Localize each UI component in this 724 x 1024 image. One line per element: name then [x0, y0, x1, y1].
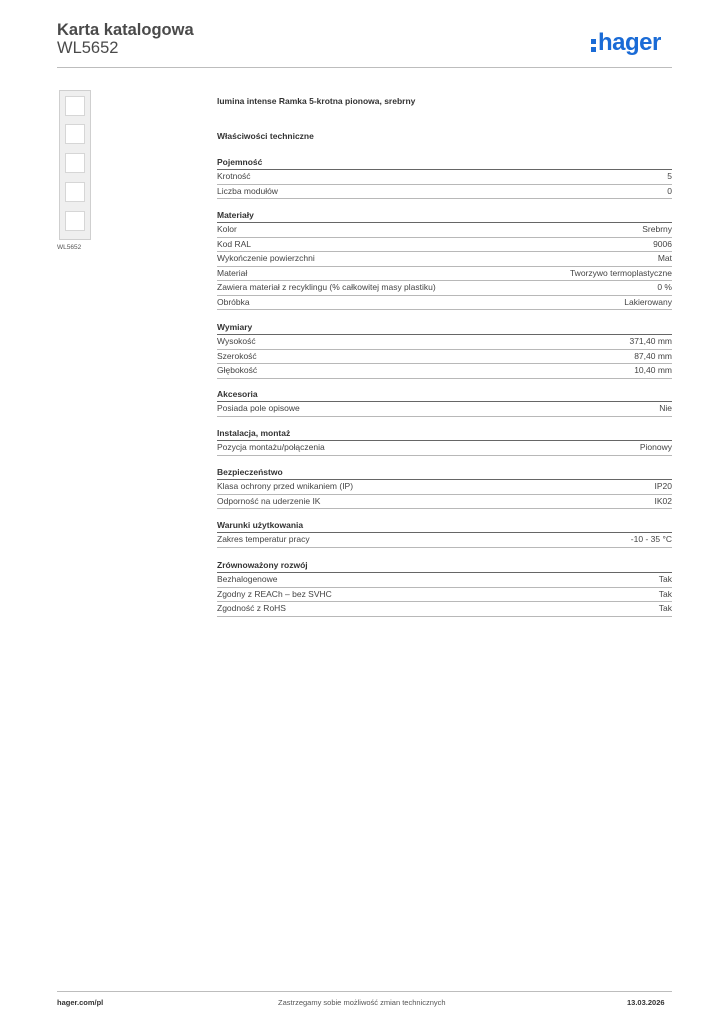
- spec-label: Obróbka: [217, 296, 250, 310]
- spec-value: Pionowy: [640, 441, 672, 455]
- spec-value: 5: [667, 170, 672, 184]
- spec-row: Liczba modułów0: [217, 185, 672, 200]
- product-name: lumina intense Ramka 5-krotna pionowa, s…: [217, 96, 415, 106]
- spec-row: Kod RAL9006: [217, 238, 672, 253]
- image-caption: WL5652: [57, 244, 81, 251]
- spec-row: ObróbkaLakierowany: [217, 296, 672, 311]
- spec-value: Mat: [658, 252, 672, 266]
- spec-row: Pozycja montażu/połączeniaPionowy: [217, 441, 672, 456]
- spec-row: Głębokość10,40 mm: [217, 364, 672, 379]
- section-title: Materiały: [217, 209, 672, 223]
- spec-section: PojemnośćKrotność5Liczba modułów0: [217, 156, 672, 199]
- spec-value: 10,40 mm: [634, 364, 672, 378]
- spec-value: IP20: [655, 480, 673, 494]
- spec-label: Liczba modułów: [217, 185, 278, 199]
- document-title: Karta katalogowa: [57, 21, 194, 40]
- spec-label: Bezhalogenowe: [217, 573, 278, 587]
- spec-label: Zgodny z REACh – bez SVHC: [217, 588, 332, 602]
- spec-row: KolorSrebrny: [217, 223, 672, 238]
- spec-value: Tak: [659, 602, 672, 616]
- section-title: Instalacja, montaż: [217, 427, 672, 441]
- section-title: Akcesoria: [217, 388, 672, 402]
- spec-value: Srebrny: [642, 223, 672, 237]
- spec-label: Klasa ochrony przed wnikaniem (IP): [217, 480, 353, 494]
- spec-label: Wysokość: [217, 335, 256, 349]
- section-title: Zrównoważony rozwój: [217, 559, 672, 573]
- spec-label: Krotność: [217, 170, 251, 184]
- spec-value: 0 %: [657, 281, 672, 295]
- logo-text: hager: [598, 29, 661, 57]
- spec-row: Szerokość87,40 mm: [217, 350, 672, 365]
- spec-value: 0: [667, 185, 672, 199]
- logo-dots-icon: [591, 39, 596, 52]
- spec-row: BezhalogenoweTak: [217, 573, 672, 588]
- spec-label: Wykończenie powierzchni: [217, 252, 315, 266]
- spec-row: Klasa ochrony przed wnikaniem (IP)IP20: [217, 480, 672, 495]
- spec-value: 9006: [653, 238, 672, 252]
- spec-label: Kod RAL: [217, 238, 251, 252]
- spec-row: Zgodność z RoHSTak: [217, 602, 672, 617]
- spec-row: Wysokość371,40 mm: [217, 335, 672, 350]
- spec-row: Zakres temperatur pracy-10 - 35 °C: [217, 533, 672, 548]
- spec-section: WymiaryWysokość371,40 mmSzerokość87,40 m…: [217, 321, 672, 379]
- tech-heading: Właściwości techniczne: [217, 131, 314, 141]
- spec-section: AkcesoriaPosiada pole opisoweNie: [217, 388, 672, 417]
- header-divider: [57, 67, 672, 68]
- spec-label: Kolor: [217, 223, 237, 237]
- footer-divider: [57, 991, 672, 992]
- product-code: WL5652: [57, 39, 118, 58]
- section-title: Pojemność: [217, 156, 672, 170]
- spec-value: 87,40 mm: [634, 350, 672, 364]
- spec-value: 371,40 mm: [629, 335, 672, 349]
- spec-row: Wykończenie powierzchniMat: [217, 252, 672, 267]
- spec-section: Warunki użytkowaniaZakres temperatur pra…: [217, 519, 672, 548]
- spec-row: Odporność na uderzenie IKIK02: [217, 495, 672, 510]
- spec-label: Zakres temperatur pracy: [217, 533, 310, 547]
- spec-label: Zawiera materiał z recyklingu (% całkowi…: [217, 281, 436, 295]
- spec-value: -10 - 35 °C: [631, 533, 672, 547]
- spec-row: Zgodny z REACh – bez SVHCTak: [217, 588, 672, 603]
- spec-label: Materiał: [217, 267, 247, 281]
- spec-label: Zgodność z RoHS: [217, 602, 286, 616]
- footer-notice: Zastrzegamy sobie możliwość zmian techni…: [278, 998, 446, 1007]
- spec-label: Głębokość: [217, 364, 257, 378]
- spec-row: Zawiera materiał z recyklingu (% całkowi…: [217, 281, 672, 296]
- spec-value: Lakierowany: [624, 296, 672, 310]
- spec-value: Tworzywo termoplastyczne: [570, 267, 672, 281]
- spec-row: Krotność5: [217, 170, 672, 185]
- hager-logo: hager: [591, 29, 661, 57]
- spec-row: Posiada pole opisoweNie: [217, 402, 672, 417]
- spec-section: Instalacja, montażPozycja montażu/połącz…: [217, 427, 672, 456]
- footer-website: hager.com/pl: [57, 998, 103, 1007]
- spec-section: BezpieczeństwoKlasa ochrony przed wnikan…: [217, 466, 672, 509]
- frame-5-gang-vertical-icon: [59, 90, 91, 240]
- spec-label: Szerokość: [217, 350, 257, 364]
- section-title: Wymiary: [217, 321, 672, 335]
- spec-value: Tak: [659, 573, 672, 587]
- spec-value: IK02: [655, 495, 673, 509]
- spec-label: Posiada pole opisowe: [217, 402, 300, 416]
- footer-date: 13.03.2026: [627, 998, 665, 1007]
- section-title: Bezpieczeństwo: [217, 466, 672, 480]
- spec-value: Tak: [659, 588, 672, 602]
- spec-label: Pozycja montażu/połączenia: [217, 441, 325, 455]
- spec-row: MateriałTworzywo termoplastyczne: [217, 267, 672, 282]
- spec-section: Zrównoważony rozwójBezhalogenoweTakZgodn…: [217, 559, 672, 617]
- spec-value: Nie: [659, 402, 672, 416]
- spec-label: Odporność na uderzenie IK: [217, 495, 320, 509]
- spec-section: MateriałyKolorSrebrnyKod RAL9006Wykończe…: [217, 209, 672, 310]
- section-title: Warunki użytkowania: [217, 519, 672, 533]
